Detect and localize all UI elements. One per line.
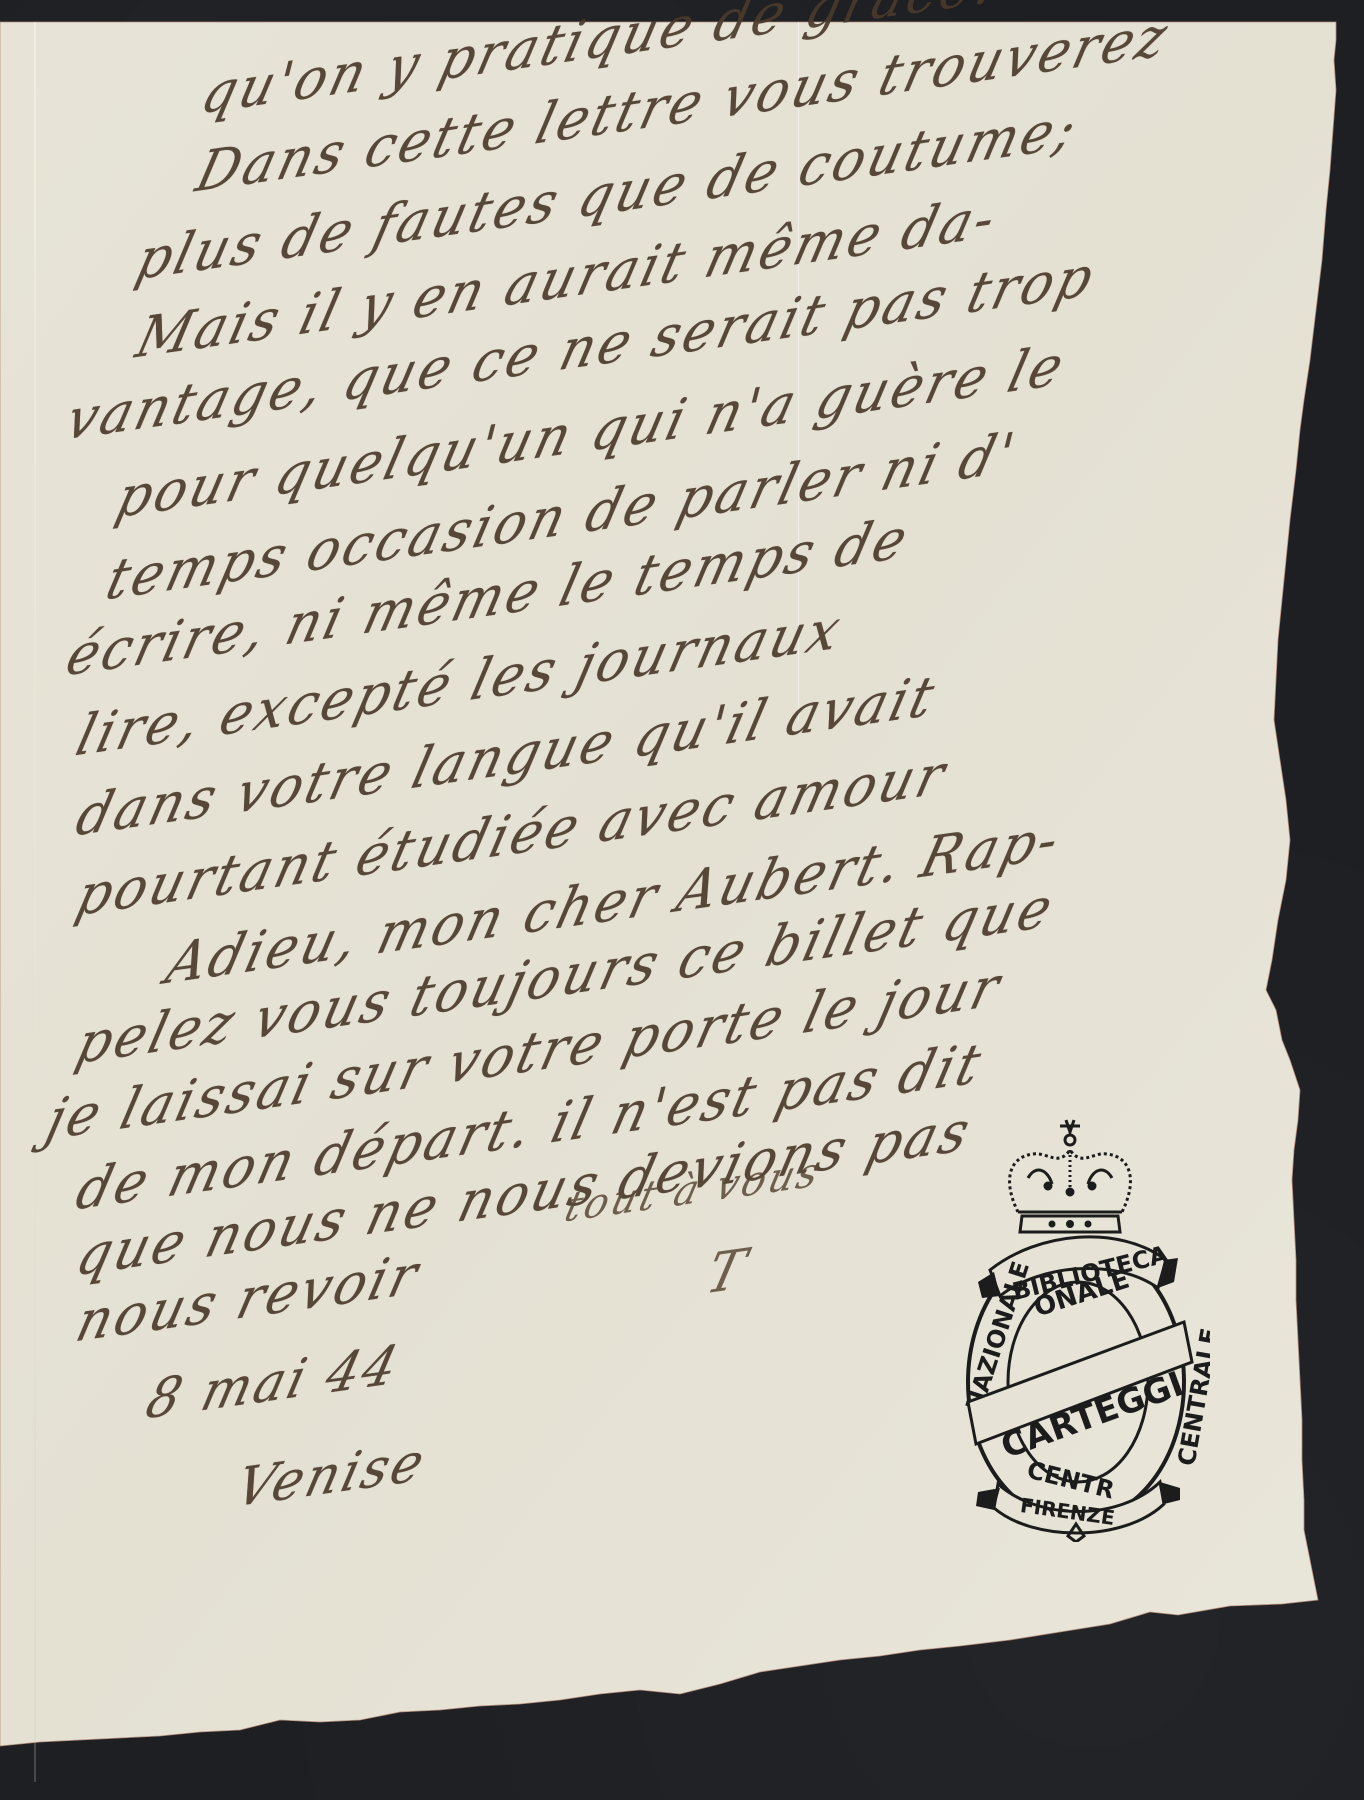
fold-line bbox=[34, 22, 36, 1782]
letter-sheet: qu'on y pratique de grâce? Dans cette le… bbox=[0, 0, 1364, 1800]
library-stamp: BIBLIOTECA NAZIONALE ONALE CENTRALE CART… bbox=[948, 1112, 1210, 1542]
stamp-graphic: BIBLIOTECA NAZIONALE ONALE CENTRALE CART… bbox=[948, 1112, 1210, 1542]
crown-icon bbox=[1010, 1120, 1131, 1232]
